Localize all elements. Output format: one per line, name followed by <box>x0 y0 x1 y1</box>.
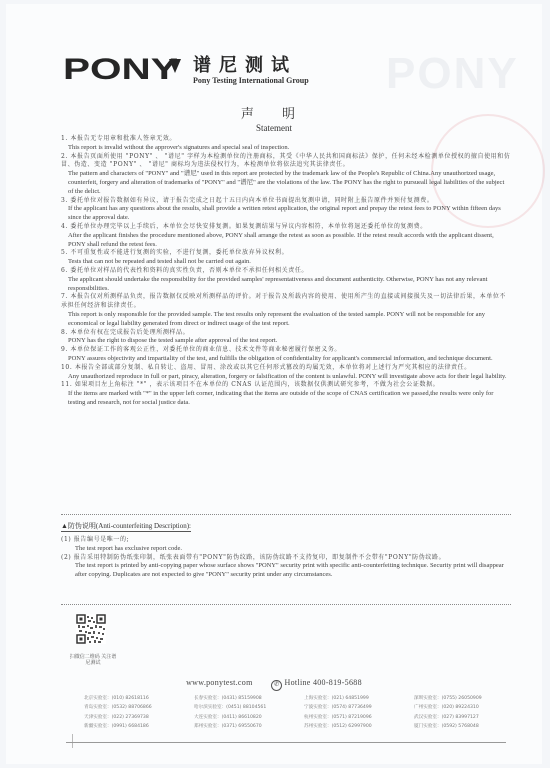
item-cn: 3. 委托单位对报告数据如有异议，请于报告完成之日起十五日内向本单位书面提出复测… <box>61 197 511 206</box>
title-english: Statement <box>6 123 542 133</box>
statement-item: 4. 委托单位办理完毕以上手续后，本单位会尽快安排复测。如果复测结果与异议内容相… <box>61 223 511 249</box>
item-en: If the applicant has any questions about… <box>61 205 511 223</box>
statement-item: 5. 不可重复性或不能进行复测的实验，不进行复测，委托单位放弃异议权利。 Tes… <box>61 249 511 267</box>
hotline: Hotline 400-819-5688 <box>285 678 362 687</box>
statement-item: 9. 本单位保证工作的客观公正性，对委托单位的商业信息、技术文件等商业秘密履行保… <box>61 346 511 364</box>
item-en: After the applicant finishes the procedu… <box>61 232 511 250</box>
lab-contact: 新疆实验室：(0991) 6684186 <box>84 723 194 731</box>
contact-line: www.ponytest.com ✆ Hotline 400-819-5688 <box>6 678 542 691</box>
statement-item: 10. 本报告全部或部分复制、私自转让、盗用、冒用、涂改或以其它任何形式篡改的均… <box>61 364 511 382</box>
pony-watermark: PONY <box>386 49 536 109</box>
lab-contact: 长春实验室：(0431) 85159908 <box>194 695 304 703</box>
item-cn: 11. 如果项目左上角标注 "*" ，表示该项目不在本单位的 CNAS 认证范围… <box>61 381 511 390</box>
item-cn: 10. 本报告全部或部分复制、私自转让、盗用、冒用、涂改或以其它任何形式篡改的均… <box>61 364 511 373</box>
lab-contact: 郑州实验室：(0371) 69550670 <box>194 723 304 731</box>
item-cn: 8. 本单位有权在完成报告后处理所测样品。 <box>61 329 511 338</box>
item-cn: 7. 本报告仅对所测样品负责，报告数据仅反映对所测样品的评价。对于报告及所载内容… <box>61 293 511 311</box>
item-en: The test report has exclusive report cod… <box>61 545 511 554</box>
lab-contact: 杭州实验室：(0571) 87219096 <box>304 714 414 722</box>
item-cn: 4. 委托单位办理完毕以上手续后，本单位会尽快安排复测。如果复测结果与异议内容相… <box>61 223 511 232</box>
title-chinese: 声 明 <box>6 103 542 122</box>
dotted-divider <box>61 514 511 515</box>
lab-contact: 青岛实验室：(0532) 88706866 <box>84 704 194 712</box>
item-en: This report is only responsible for the … <box>61 311 511 329</box>
phone-icon: ✆ <box>271 680 282 691</box>
item-cn: 1. 本报告无专用章和批准人签章无效。 <box>61 135 511 144</box>
lab-contact: 宁波实验室：(0574) 87736499 <box>304 704 414 712</box>
lab-contact: 武汉实验室：(027) 83997127 <box>414 714 524 722</box>
footer-rule <box>66 742 506 743</box>
dotted-divider <box>61 604 511 605</box>
anti-counterfeit-list: (1) 报告编号是唯一的; The test report has exclus… <box>61 536 511 580</box>
item-cn: 9. 本单位保证工作的客观公正性，对委托单位的商业信息、技术文件等商业秘密履行保… <box>61 346 511 355</box>
statement-item: 1. 本报告无专用章和批准人签章无效。 This report is inval… <box>61 135 511 153</box>
item-cn: (1) 报告编号是唯一的; <box>61 536 511 545</box>
lab-contact: 大连实验室：(0411) 86610820 <box>194 714 304 722</box>
statement-item: 8. 本单位有权在完成报告后处理所测样品。 PONY has the right… <box>61 329 511 347</box>
website-link[interactable]: www.ponytest.com <box>186 678 253 687</box>
item-en: PONY has the right to dispose the tested… <box>61 337 511 346</box>
lab-contacts-grid: 北京实验室：(010) 82618116 长春实验室：(0431) 851599… <box>84 695 524 732</box>
logo-mark: PONY <box>63 55 212 85</box>
lab-contact: 广州实验室：(020) 89224310 <box>414 704 524 712</box>
lab-contact: 上海实验室：(021) 64851999 <box>304 695 414 703</box>
lab-contact: 天津实验室：(022) 27369738 <box>84 714 194 722</box>
lab-contact: 北京实验室：(010) 82618116 <box>84 695 194 703</box>
statement-item: 11. 如果项目左上角标注 "*" ，表示该项目不在本单位的 CNAS 认证范围… <box>61 381 511 407</box>
statement-list: 1. 本报告无专用章和批准人签章无效。 This report is inval… <box>61 135 511 408</box>
qr-code-label: 扫微信二维码 关注谱尼测试 <box>69 654 117 666</box>
anti-counterfeit-item: (1) 报告编号是唯一的; The test report has exclus… <box>61 536 511 554</box>
statement-item: 7. 本报告仅对所测样品负责，报告数据仅反映对所测样品的评价。对于报告及所载内容… <box>61 293 511 328</box>
company-logo: PONY 谱尼测试 Pony Testing International Gro… <box>63 50 309 90</box>
lab-contact: 厦门实验室：(0592) 5768048 <box>414 723 524 731</box>
item-en: Any unauthorized reproduce in full or pa… <box>61 373 511 382</box>
statement-page: PONY PONY 谱尼测试 Pony Testing Internationa… <box>6 4 542 764</box>
wechat-qr-code[interactable] <box>76 614 106 644</box>
anti-counterfeit-item: (2) 报告采用特制防伪纸张印制，纸张表面带有"PONY"防伪纹路，该防伪纹路不… <box>61 554 511 580</box>
item-en: The test report is printed by anti-copyi… <box>61 562 511 580</box>
statement-item: 3. 委托单位对报告数据如有异议，请于报告完成之日起十五日内向本单位书面提出复测… <box>61 197 511 223</box>
item-cn: 5. 不可重复性或不能进行复测的实验，不进行复测，委托单位放弃异议权利。 <box>61 249 511 258</box>
lab-contact: 苏州实验室：(0512) 62997900 <box>304 723 414 731</box>
item-cn: 6. 委托单位对样品的代表性和资料的真实性负责，否则本单位不承担任何相关责任。 <box>61 267 511 276</box>
item-en: PONY assures objectivity and impartialit… <box>61 355 511 364</box>
item-en: Tests that can not be repeated and teste… <box>61 258 511 267</box>
item-en: If the items are marked with "*" in the … <box>61 390 511 408</box>
statement-title: 声 明 Statement <box>6 103 542 133</box>
footer-tick <box>72 734 73 748</box>
statement-item: 2. 本报告页面所使用 "PONY" 、 "谱尼" 字样为本检测单位的注册商标，… <box>61 153 511 197</box>
item-en: The pattern and characters of "PONY" and… <box>61 170 511 196</box>
item-en: This report is invalid without the appro… <box>61 144 511 153</box>
item-cn: 2. 本报告页面所使用 "PONY" 、 "谱尼" 字样为本检测单位的注册商标，… <box>61 153 511 171</box>
item-cn: (2) 报告采用特制防伪纸张印制，纸张表面带有"PONY"防伪纹路，该防伪纹路不… <box>61 554 511 563</box>
item-en: The applicant should undertake the respo… <box>61 276 511 294</box>
anti-counterfeit-title: ▲防伪说明(Anti-counterfeiting Description): <box>61 521 191 532</box>
lab-contact: 深圳实验室：(0755) 26050909 <box>414 695 524 703</box>
statement-item: 6. 委托单位对样品的代表性和资料的真实性负责，否则本单位不承担任何相关责任。 … <box>61 267 511 293</box>
lab-contact: 哈尔滨实验室：(0451) 88104561 <box>194 704 304 712</box>
